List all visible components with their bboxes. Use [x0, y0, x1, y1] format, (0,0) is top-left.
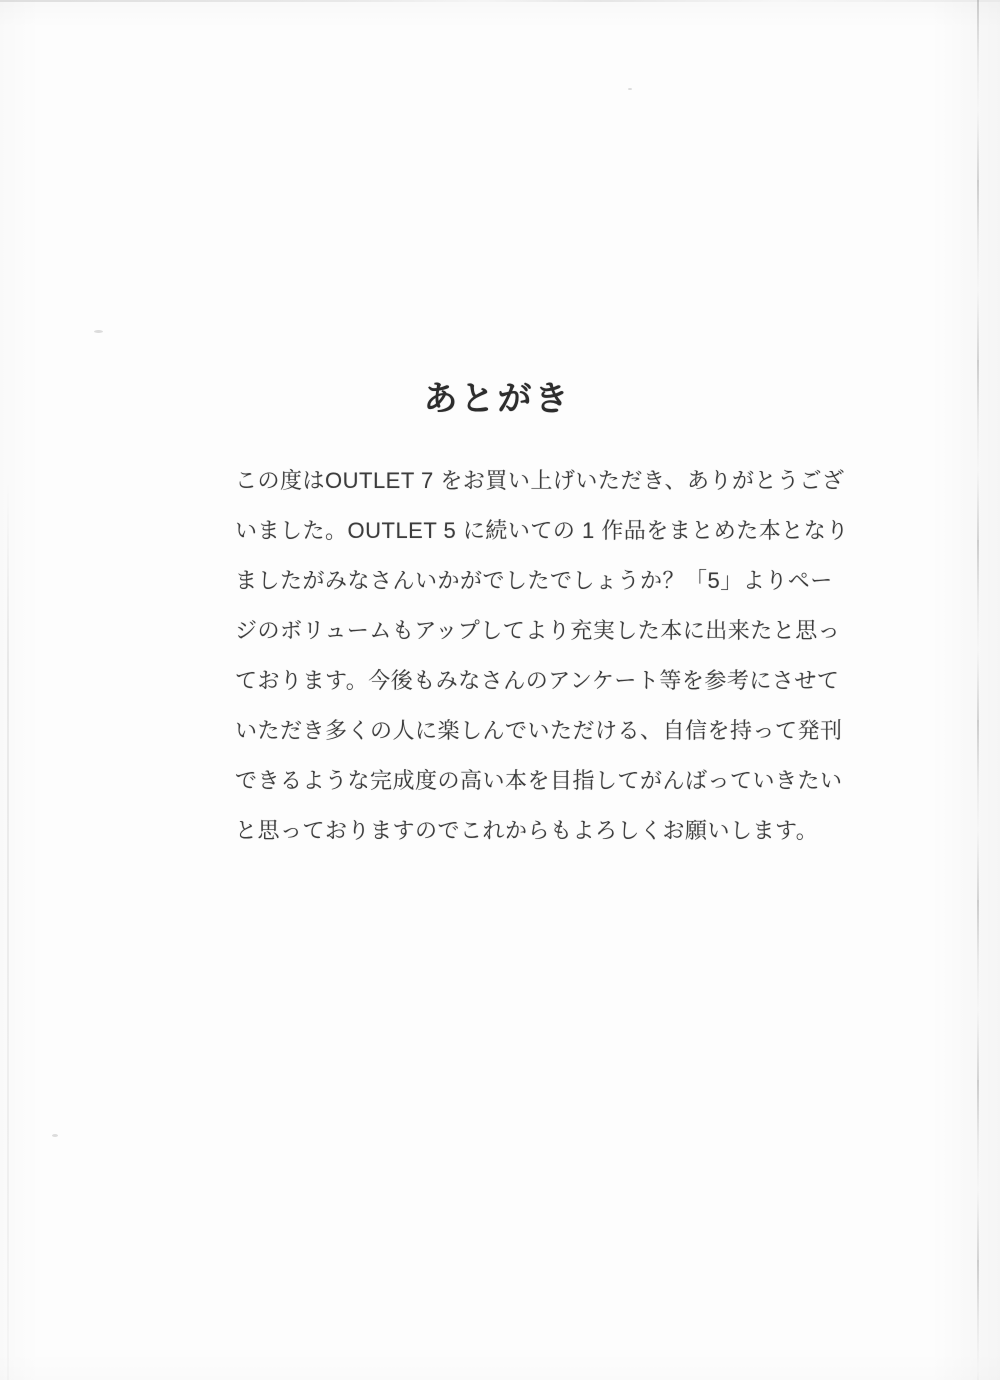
scan-artifact-left-edge: [7, 480, 9, 1380]
scan-dust-speck: [52, 1134, 58, 1137]
scan-artifact-top-edge: [0, 0, 1000, 2]
paragraph-line: と思っておりますのでこれからもよろしくお願いします。: [235, 806, 795, 856]
afterword-paragraph: この度はOUTLET 7 をお買い上げいただき、ありがとうござ いました。OUT…: [235, 456, 795, 856]
paragraph-line: できるような完成度の高い本を目指してがんばっていきたい: [235, 756, 795, 806]
paragraph-line: この度はOUTLET 7 をお買い上げいただき、ありがとうござ: [235, 456, 795, 506]
paragraph-line: ております。今後もみなさんのアンケート等を参考にさせて: [235, 656, 795, 706]
paragraph-line: いました。OUTLET 5 に続いての 1 作品をまとめた本となり: [235, 506, 795, 556]
paragraph-line: いただき多くの人に楽しんでいただける、自信を持って発刊: [235, 706, 795, 756]
scan-dust-speck: [628, 88, 632, 90]
scan-dust-speck: [94, 330, 103, 333]
page-title: あとがき: [235, 376, 760, 422]
paragraph-line: ましたがみなさんいかがでしたでしょうか？「5」よりペー: [235, 556, 795, 606]
paragraph-line: ジのボリュームもアップしてより充実した本に出来たと思っ: [235, 606, 795, 656]
scan-artifact-right-fold-line: [977, 0, 979, 1380]
scanned-afterword-page: あとがき この度はOUTLET 7 をお買い上げいただき、ありがとうござ いまし…: [0, 0, 1000, 1380]
